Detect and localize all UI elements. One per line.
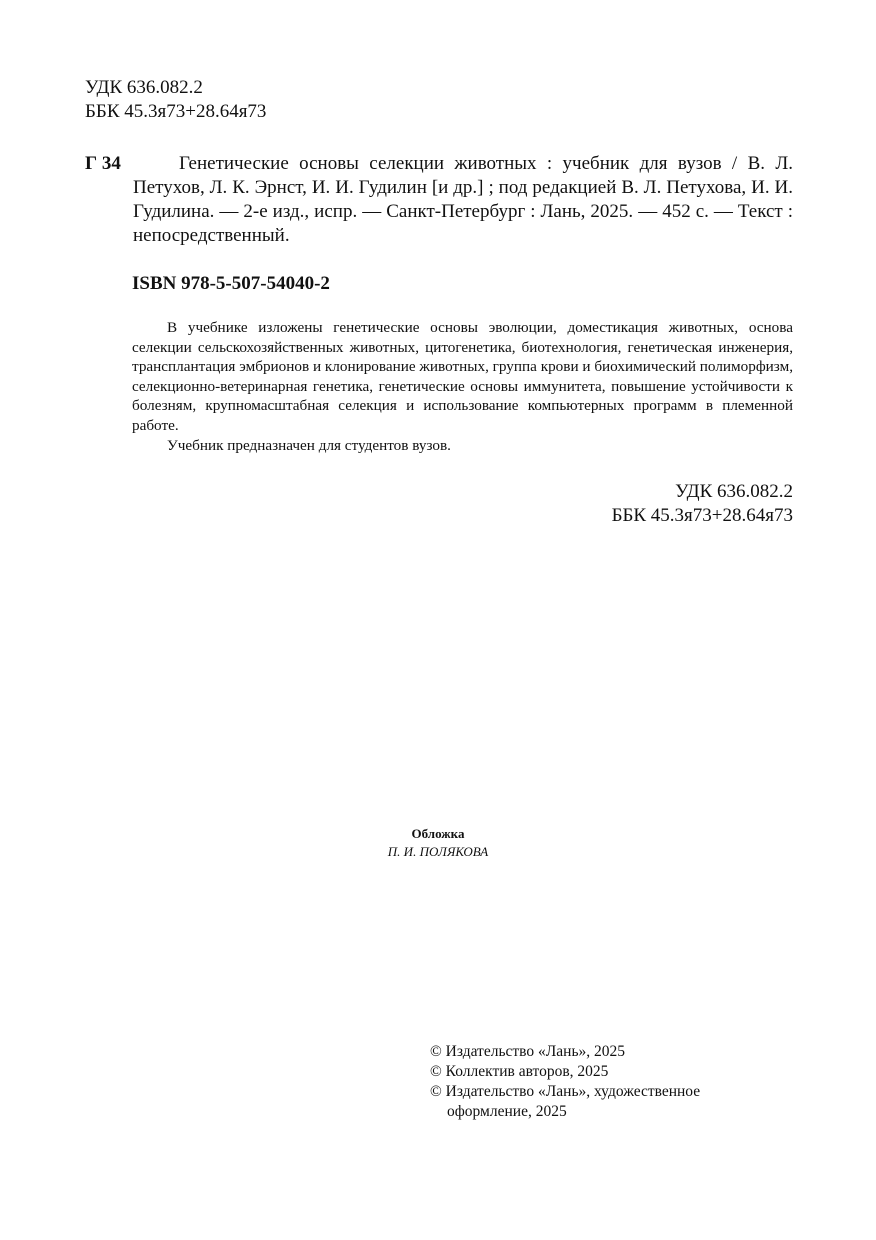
udk-code-right: УДК 636.082.2 [612,480,793,504]
cover-credit: Обложка П. И. ПОЛЯКОВА [0,825,876,861]
bibliographic-description: Генетические основы селекции животных : … [85,152,793,248]
isbn: ISBN 978-5-507-54040-2 [132,273,330,295]
bbk-code-right: ББК 45.3я73+28.64я73 [612,504,793,528]
copyright-block: © Издательство «Лань», 2025 © Коллектив … [430,1042,700,1122]
bbk-code: ББК 45.3я73+28.64я73 [85,100,266,124]
annotation-paragraph: В учебнике изложены генетические основы … [132,318,793,436]
bibliographic-record: Г 34 Генетические основы селекции животн… [85,152,793,248]
cover-label: Обложка [0,825,876,843]
annotation-audience: Учебник предназначен для студентов вузов… [132,436,793,456]
cover-designer: П. И. ПОЛЯКОВА [0,843,876,861]
annotation: В учебнике изложены генетические основы … [132,318,793,455]
copyright-line: © Издательство «Лань», художественное [430,1082,700,1102]
copyright-line: © Коллектив авторов, 2025 [430,1062,700,1082]
classification-codes-right: УДК 636.082.2 ББК 45.3я73+28.64я73 [612,480,793,528]
author-mark: Г 34 [85,152,121,176]
classification-codes-top: УДК 636.082.2 ББК 45.3я73+28.64я73 [85,76,266,124]
copyright-line: © Издательство «Лань», 2025 [430,1042,700,1062]
copyright-line-continuation: оформление, 2025 [430,1102,700,1122]
udk-code: УДК 636.082.2 [85,76,266,100]
